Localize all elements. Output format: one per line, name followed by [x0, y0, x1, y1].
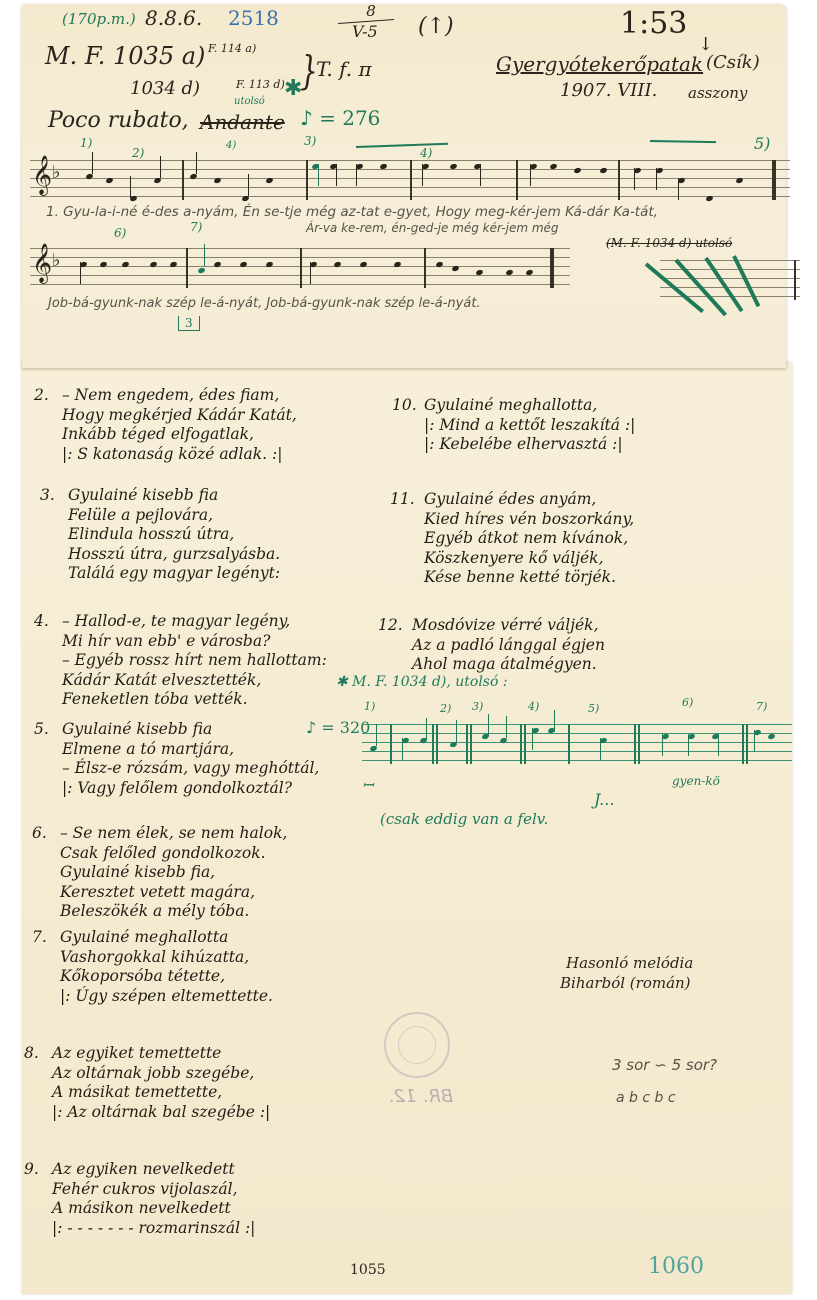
- stanza-9: 9. Az egyiken nevelkedett Fehér cukros v…: [52, 1160, 255, 1238]
- recording-ref-2-sup: F. 113 d): [236, 78, 285, 91]
- variant-mark: 1): [364, 700, 375, 713]
- place-name: Gyergyótekerőpatak: [496, 52, 703, 76]
- fraction-top: 8: [356, 2, 386, 20]
- recording-ref-1-sup: F. 114 a): [208, 42, 256, 55]
- similar-melody-line-2: Biharból (román): [560, 974, 691, 992]
- footnote-mark: 2): [132, 146, 144, 160]
- lyrics-line-1: 1. Gyu-la-i-né é-des a-nyám, Én se-tje m…: [46, 204, 658, 220]
- county: (Csík): [706, 52, 760, 73]
- structure-note-1: 3 sor ∽ 5 sor?: [612, 1056, 717, 1074]
- triplet-bracket: 3: [178, 316, 200, 331]
- staff-1: 𝄞 ♭: [30, 160, 790, 200]
- informant: asszony: [688, 84, 747, 102]
- ratio: 1:53: [620, 6, 687, 41]
- fraction-bottom: V-5: [352, 22, 378, 41]
- variant-mark: 3): [472, 700, 483, 713]
- staff-2: 𝄞 ♭: [30, 248, 570, 288]
- variant-below-mark: gyen-kö: [672, 774, 720, 788]
- bracket-label: T. f. π: [316, 57, 372, 81]
- page-number-left: 1055: [350, 1262, 386, 1278]
- footnote-mark: 6): [114, 226, 126, 240]
- stamp-ref-mirrored: BR. 12.: [388, 1086, 453, 1107]
- insert-arrow-icon: ↓: [698, 34, 713, 55]
- tempo-struck: Andante: [200, 110, 285, 134]
- stanza-10: 10. Gyulainé meghallotta, |: Mind a kett…: [424, 396, 635, 455]
- variant-mark: 4): [528, 700, 539, 713]
- asterisk-mark: ✱: [284, 76, 302, 101]
- recording-ref-1: M. F. 1035 a): [45, 42, 205, 70]
- structure-note-2: a b c b c: [616, 1090, 676, 1106]
- flat-key-signature-icon: ♭: [52, 162, 61, 183]
- footnote-mark: 7): [190, 220, 202, 234]
- stanza-11: 11. Gyulainé édes anyám, Kied híres vén …: [424, 490, 634, 588]
- page-number-right: 1060: [648, 1254, 704, 1279]
- footnote-mark: 3): [304, 134, 316, 148]
- catalog-ref: 8.8.6.: [145, 6, 202, 30]
- stanza-7: 7. Gyulainé meghallotta Vashorgokkal kih…: [60, 928, 273, 1006]
- footnote-mark: 1): [80, 136, 92, 150]
- date: 1907. VIII.: [560, 80, 657, 101]
- variant-heading: ✱ M. F. 1034 d), utolsó :: [336, 674, 508, 690]
- variant-metronome: ♪ = 320: [306, 718, 370, 737]
- struck-reference: (M. F. 1034 d) utolsó: [606, 236, 732, 250]
- variant-mark: 6): [682, 696, 693, 709]
- flat-key-signature-icon: ♭: [52, 250, 61, 271]
- variant-mark: 7): [756, 700, 767, 713]
- variant-below-mark: ꟷ: [362, 776, 373, 795]
- tempo-text: Poco rubato,: [48, 108, 189, 133]
- lyrics-line-1-alt: Ár-va ke-rem, én-ged-je még kér-jem még: [306, 221, 559, 235]
- recording-ref-2: 1034 d): [130, 78, 200, 99]
- stanza-8: 8. Az egyiket temettette Az oltárnak job…: [52, 1044, 270, 1122]
- treble-clef-icon: 𝄞: [32, 158, 52, 192]
- stanza-2: 2. – Nem engedem, édes fiam, Hogy megkér…: [62, 386, 297, 464]
- stanza-6: 6. – Se nem élek, se nem halok, Csak fel…: [60, 824, 287, 922]
- variant-note: (csak eddig van a felv.: [380, 810, 548, 828]
- stanza-12: 12. Mosdóvize vérré váljék, Az a padló l…: [412, 616, 605, 675]
- tempo-metronome: ♪ = 276: [300, 106, 380, 130]
- similar-melody-line-1: Hasonló melódia: [566, 954, 693, 972]
- footnote-mark: 4): [420, 146, 432, 160]
- utolso-note: utolsó: [234, 96, 265, 107]
- stanza-4: 4. – Hallod-e, te magyar legény, Mi hír …: [62, 612, 327, 710]
- variant-mark: 2): [440, 702, 451, 715]
- stanza-3: 3. Gyulainé kisebb fia Felüle a pejlovár…: [68, 486, 280, 584]
- stanza-5: 5. Gyulainé kisebb fia Elmene a tó martj…: [62, 720, 319, 798]
- lyrics-line-2: Job-bá-gyunk-nak szép le-á-nyát, Job-bá-…: [48, 296, 481, 311]
- footnote-mark: 4): [226, 140, 236, 151]
- archive-stamp-inner: [398, 1026, 436, 1064]
- footnote-mark: 5): [754, 134, 770, 153]
- catalog-prefix: (170p.m.): [62, 10, 136, 28]
- sign-symbol: (↑): [418, 14, 454, 39]
- variant-staff: [362, 724, 792, 764]
- treble-clef-icon: 𝄞: [32, 246, 52, 280]
- variant-below-mark: J...: [594, 790, 614, 809]
- archive-number: 2518: [228, 6, 279, 30]
- variant-mark: 5): [588, 702, 599, 715]
